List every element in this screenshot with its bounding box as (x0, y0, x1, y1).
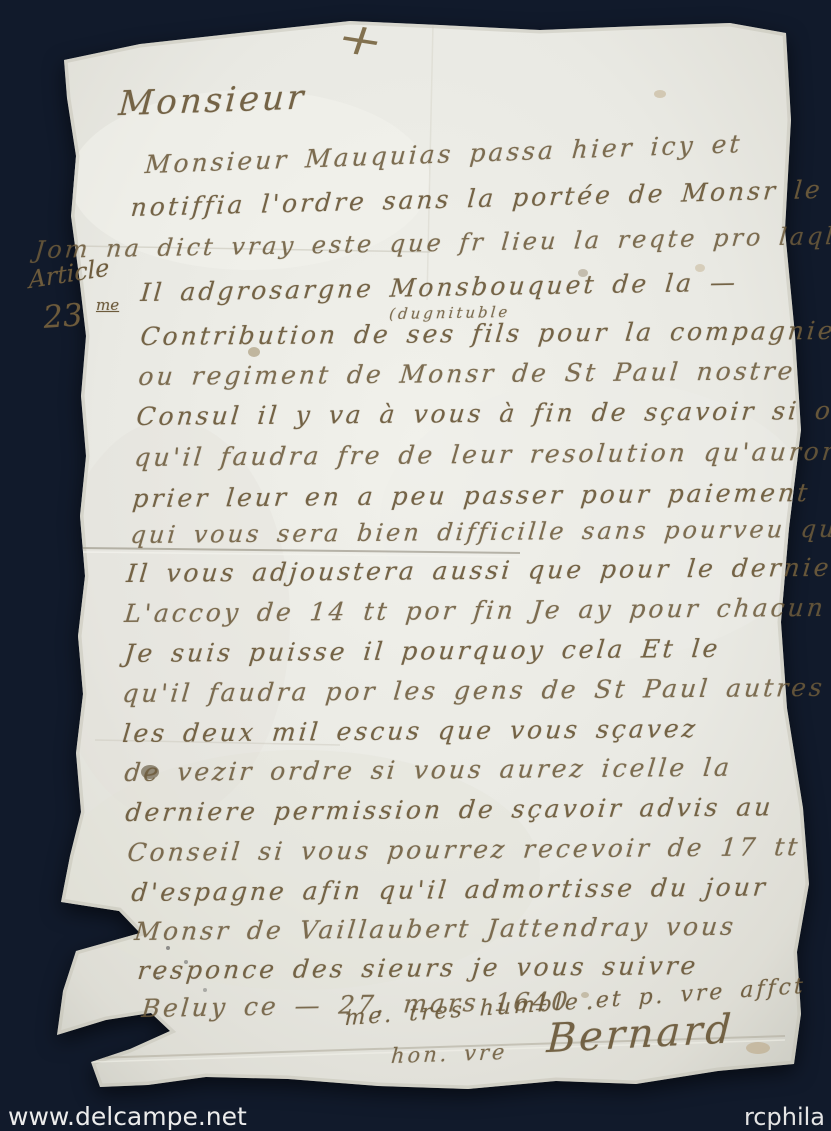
letter-line: L'accoy de 14 tt por fin Je ay pour chac… (123, 593, 827, 628)
salutation: Monsieur (117, 77, 307, 124)
margin-note-suffix: me (96, 296, 119, 314)
letter-line: derniere permission de sçavoir advis au (124, 792, 775, 827)
watermark-delcampe: www.delcampe.net (8, 1103, 247, 1131)
letter-line: les deux mil escus que vous sçavez (121, 714, 699, 748)
ink-stain (654, 90, 666, 98)
letter-line: Consul il y va à vous à fin de sçavoir s… (135, 396, 831, 431)
signature-prefix: hon. vre (390, 1040, 508, 1068)
letter-line: qu'il faudra fre de leur resolution qu'a… (133, 437, 831, 472)
letter-photo: + Article 23 me MonsieurMonsieur Mauquia… (0, 0, 831, 1131)
letter-line: prier leur en a peu passer pour paiement (131, 478, 811, 513)
letter-line: Il vous adjoustera aussi que pour le der… (125, 553, 831, 588)
letter-line: d'espagne afin qu'il admortisse du jour (130, 872, 769, 907)
letter-line: Conseil si vous pourrez recevoir de 17 t… (126, 832, 802, 867)
letter-line: de vezir ordre si vous aurez icelle la (123, 753, 733, 787)
letter-line: Contribution de ses fils pour la compagn… (139, 316, 831, 351)
letter-line: Je suis puisse il pourquoy cela Et le (123, 634, 722, 668)
margin-note-number: 23 (42, 297, 84, 336)
letter-line: ou regiment de Monsr de St Paul nostre (137, 356, 797, 391)
letter-line: qu'il faudra por les gens de St Paul aut… (121, 673, 826, 708)
letter-line: responce des sieurs je vous suivre (136, 951, 700, 985)
watermark-rcphila: rcphila (744, 1104, 825, 1130)
ink-stain (746, 1042, 770, 1054)
letter-line: Monsr de Vaillaubert Jattendray vous (133, 912, 737, 946)
